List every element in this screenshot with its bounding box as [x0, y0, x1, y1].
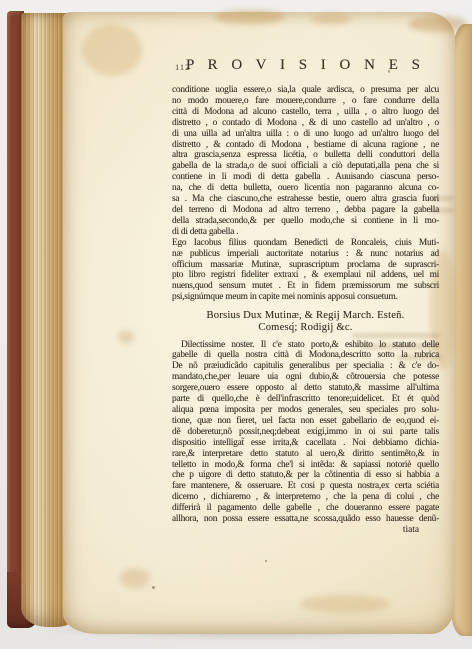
- text-line: parte di quello,che è dell'infrascritto …: [172, 394, 439, 405]
- text-line: contiene in li modi di detta gabella . A…: [172, 172, 439, 183]
- catchword: tiata: [172, 525, 439, 536]
- text-line: altra grascia,senza espressa licétia, o …: [172, 150, 439, 161]
- text-line: di di detta gabella .: [172, 227, 439, 238]
- text-line: dispositio intelligat̃ esse irrita,& cac…: [172, 438, 439, 449]
- foxing-stain: [310, 14, 352, 24]
- text-line: gabella de la strada,o de suoi officiali…: [172, 161, 439, 172]
- foxing-stain: [300, 595, 390, 613]
- text-line: fare mantenere, & osseruare. Et cosi p q…: [172, 481, 439, 492]
- foxing-stain: [408, 16, 468, 32]
- foxing-stain: [215, 10, 285, 24]
- ink-speck: [265, 560, 267, 562]
- text-line: rare,& interpretare detto statuto al uer…: [172, 449, 439, 460]
- text-line: della strada,secondo,& per quello modo,c…: [172, 216, 439, 227]
- text-block: 112 P R O V I S I O N E S conditione uog…: [172, 57, 439, 536]
- text-line: di una uilla ad un'altra uilla : o di un…: [172, 129, 439, 140]
- paragraph-proclamation: conditione uoglia essere,o sia,la quale …: [172, 85, 439, 238]
- text-line: nuens,quod sensum mutet . Et in fidem pr…: [172, 281, 439, 292]
- text-line: distretto , & contado di Modona , bestia…: [172, 140, 439, 151]
- text-line: psi,signúmque meum in capite mei nominis…: [172, 292, 439, 303]
- text-line: na, che di detta bulletta, ouero licenti…: [172, 183, 439, 194]
- ducal-heading-line1: Borsius Dux Mutinæ, & Regij March. Esteñ…: [172, 310, 439, 322]
- paragraph-notary-attestation: Ego Iacobus filius quondam Benedicti de …: [172, 238, 439, 303]
- text-line: pto libro registri fideliter extraxi , &…: [172, 270, 439, 281]
- text-line: dicemo , dichiaremo , & interpretemo , c…: [172, 492, 439, 503]
- text-line: dẽ doberetur,nõ possit,neq;debeat exigi,…: [172, 427, 439, 438]
- text-line: conditione uoglia essere,o sia,la quale …: [172, 85, 439, 96]
- paragraph-ducal-letter: Dilectissime noster. Il c'e stato porto,…: [172, 340, 439, 525]
- text-line: allhora, non possa essere essatta,ne sco…: [172, 514, 439, 525]
- ducal-heading-line2: Comesq́; Rodigij &c.: [172, 322, 439, 334]
- text-line: no modo mouere,o fare mouere,condurre , …: [172, 96, 439, 107]
- text-line: næ publicus imperiali auctoritate notari…: [172, 249, 439, 260]
- folio-number: 112: [175, 62, 190, 72]
- foxing-stain: [118, 330, 134, 344]
- text-line: Dilectissime noster. Il c'e stato porto,…: [172, 340, 439, 351]
- text-line: Ego Iacobus filius quondam Benedicti de …: [172, 238, 439, 249]
- text-line: aliqua pœna imposita per modos generales…: [172, 405, 439, 416]
- text-line: città di Modona ad alcuno castello, terr…: [172, 107, 439, 118]
- running-title: P R O V I S I O N E S: [172, 57, 439, 74]
- foxing-stain: [120, 568, 150, 588]
- text-line: mandato,che,per leuare uia ogni dubio,& …: [172, 372, 439, 383]
- text-line: che p uigore di detto statuto,& per la c…: [172, 470, 439, 481]
- text-line: gabelle di quella nostra città di Modona…: [172, 350, 439, 361]
- ducal-heading: Borsius Dux Mutinæ, & Regij March. Esteñ…: [172, 310, 439, 334]
- text-line: sorgere,ouero essere opposto al detto st…: [172, 383, 439, 394]
- text-line: telletto in modo,& forma che'l si intẽda…: [172, 460, 439, 471]
- text-line: tione, quæ non fieret, uel facta non ess…: [172, 416, 439, 427]
- text-line: differirà il pagamento delle gabelle , c…: [172, 503, 439, 514]
- ink-speck: [152, 586, 155, 589]
- photo-background: 112 P R O V I S I O N E S conditione uog…: [0, 0, 472, 649]
- text-line: officium massariæ Mutinæ, suprascriptum …: [172, 260, 439, 271]
- text-line: De nõ præiudicãdo capitulis generalibus …: [172, 361, 439, 372]
- running-head: 112 P R O V I S I O N E S: [172, 57, 439, 74]
- text-line: del terreno di Modona ad altro terreno ,…: [172, 205, 439, 216]
- foxing-stain: [82, 24, 142, 76]
- text-line: sa . Ma che ciascuno,che estrahesse best…: [172, 194, 439, 205]
- text-line: distretto , o contado di Modona , & di u…: [172, 118, 439, 129]
